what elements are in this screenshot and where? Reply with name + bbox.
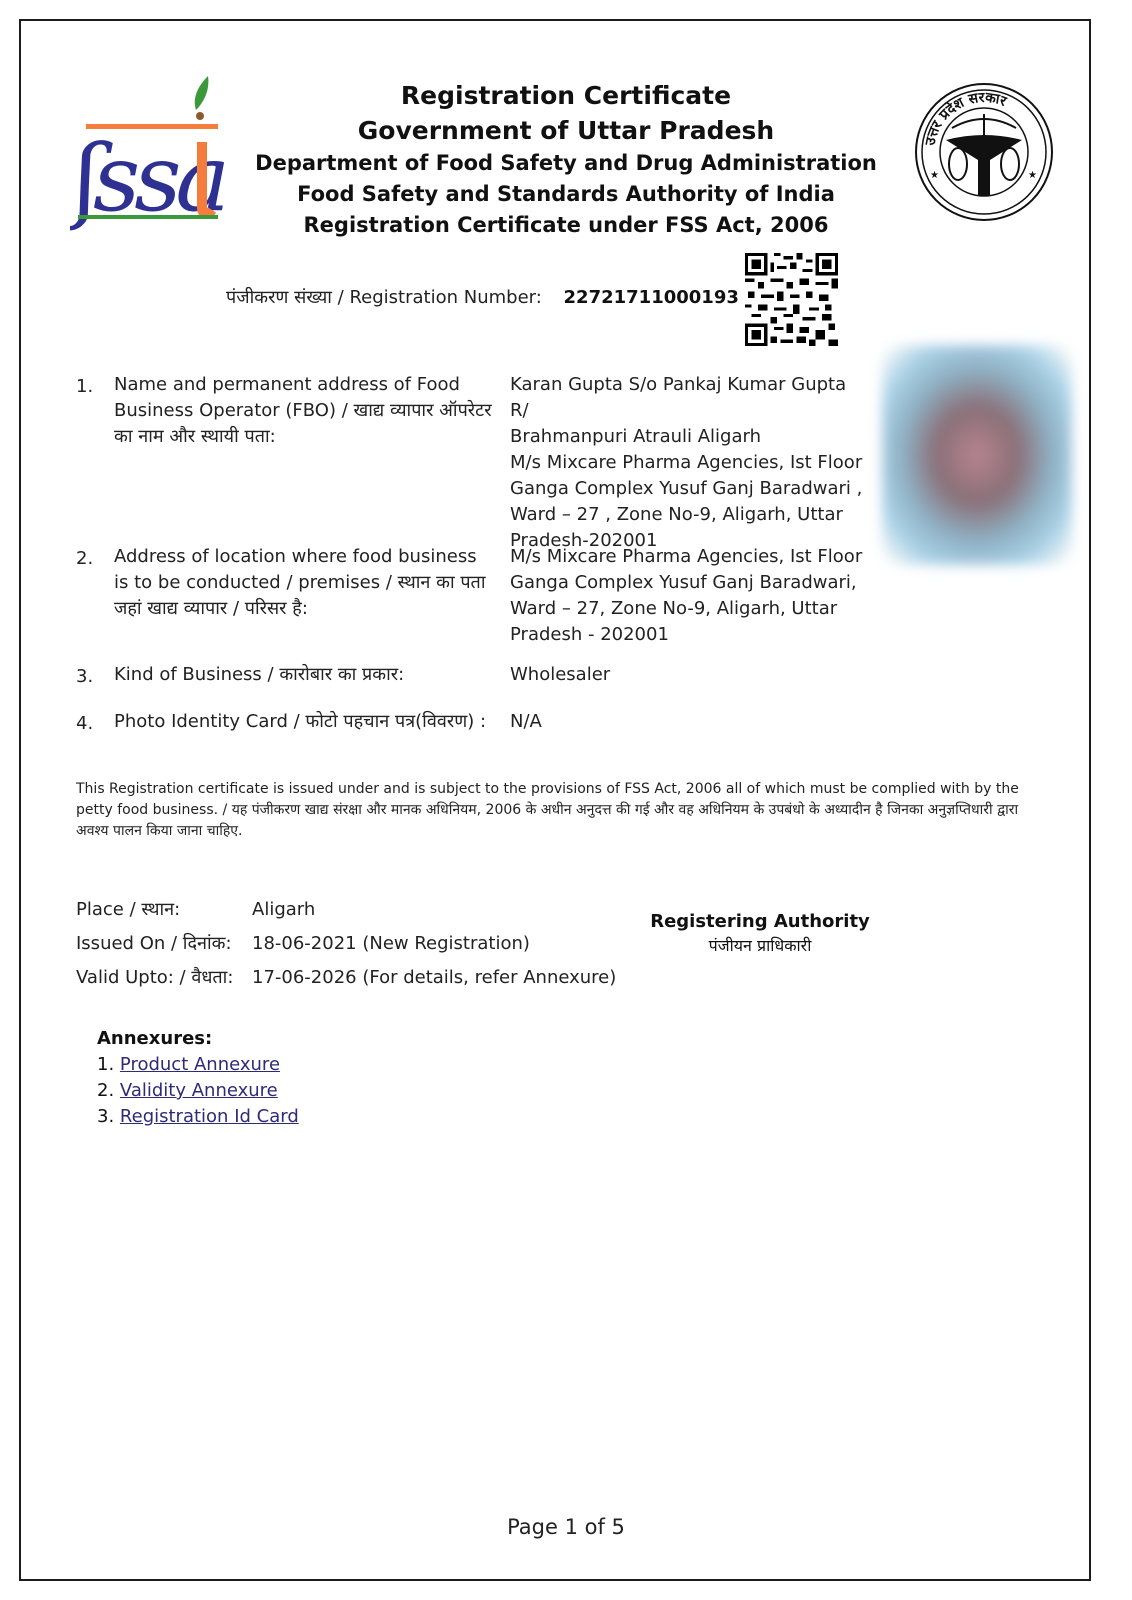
registration-number-row: पंजीकरण संख्या / Registration Number: 22… — [226, 285, 739, 309]
annexure-item: 2. Validity Annexure — [97, 1078, 299, 1104]
item-number: 3. — [76, 664, 106, 690]
registering-authority-hi: पंजीयन प्राधिकारी — [640, 934, 880, 958]
department-name: Department of Food Safety and Drug Admin… — [240, 148, 892, 179]
item-number: 1. — [76, 374, 106, 400]
annexures-title: Annexures: — [97, 1026, 299, 1052]
fssai-logo: ʃssa — [70, 72, 230, 232]
annexure-number: 3. — [97, 1106, 114, 1127]
item-value: Karan Gupta S/o Pankaj Kumar Gupta R/ Br… — [510, 372, 870, 554]
issued-on-label: Issued On / दिनांक: — [76, 927, 252, 961]
up-government-seal-icon: ★ ★ उत्तर प्रदेश सरकार — [912, 80, 1057, 225]
place-value: Aligarh — [252, 893, 315, 927]
product-annexure-link[interactable]: Product Annexure — [120, 1054, 280, 1075]
issued-on-row: Issued On / दिनांक: 18-06-2021 (New Regi… — [76, 927, 616, 961]
valid-upto-value: 17-06-2026 (For details, refer Annexure) — [252, 961, 616, 995]
qr-code-icon — [745, 253, 838, 346]
annexure-number: 2. — [97, 1080, 114, 1101]
registering-authority: Registering Authority पंजीयन प्राधिकारी — [640, 909, 880, 958]
item-label: Photo Identity Card / फोटो पहचान पत्र(वि… — [114, 709, 494, 735]
valid-upto-row: Valid Upto: / वैधता: 17-06-2026 (For det… — [76, 961, 616, 995]
registration-number-label: पंजीकरण संख्या / Registration Number: — [226, 287, 542, 308]
item-value: N/A — [510, 709, 870, 735]
page-number: Page 1 of 5 — [0, 1515, 1132, 1539]
item-value: Wholesaler — [510, 662, 870, 688]
authority-name: Food Safety and Standards Authority of I… — [240, 179, 892, 210]
svg-text:★: ★ — [1028, 170, 1037, 181]
issued-on-value: 18-06-2021 (New Registration) — [252, 927, 530, 961]
annexure-item: 3. Registration Id Card — [97, 1104, 299, 1130]
svg-text:★: ★ — [930, 170, 939, 181]
issue-details: Place / स्थान: Aligarh Issued On / दिनां… — [76, 893, 616, 995]
registering-authority-en: Registering Authority — [640, 909, 880, 934]
place-row: Place / स्थान: Aligarh — [76, 893, 616, 927]
item-value: M/s Mixcare Pharma Agencies, Ist Floor G… — [510, 544, 870, 648]
government-name: Government of Uttar Pradesh — [240, 113, 892, 148]
item-label: Kind of Business / कारोबार का प्रकार: — [114, 662, 494, 688]
validity-annexure-link[interactable]: Validity Annexure — [120, 1080, 278, 1101]
annexure-item: 1. Product Annexure — [97, 1052, 299, 1078]
disclaimer-text: This Registration certificate is issued … — [76, 779, 1046, 842]
certificate-header: Registration Certificate Government of U… — [240, 78, 892, 241]
certificate-subtitle: Registration Certificate under FSS Act, … — [240, 210, 892, 241]
certificate-title: Registration Certificate — [240, 78, 892, 113]
place-label: Place / स्थान: — [76, 893, 252, 927]
registration-number-value: 22721711000193 — [564, 287, 739, 308]
item-number: 4. — [76, 711, 106, 737]
annexure-number: 1. — [97, 1054, 114, 1075]
item-label: Name and permanent address of Food Busin… — [114, 372, 494, 450]
item-label: Address of location where food business … — [114, 544, 494, 622]
valid-upto-label: Valid Upto: / वैधता: — [76, 961, 252, 995]
registration-id-card-link[interactable]: Registration Id Card — [120, 1106, 299, 1127]
annexures-section: Annexures: 1. Product Annexure 2. Validi… — [97, 1026, 299, 1130]
item-number: 2. — [76, 546, 106, 572]
applicant-photo — [882, 345, 1072, 565]
